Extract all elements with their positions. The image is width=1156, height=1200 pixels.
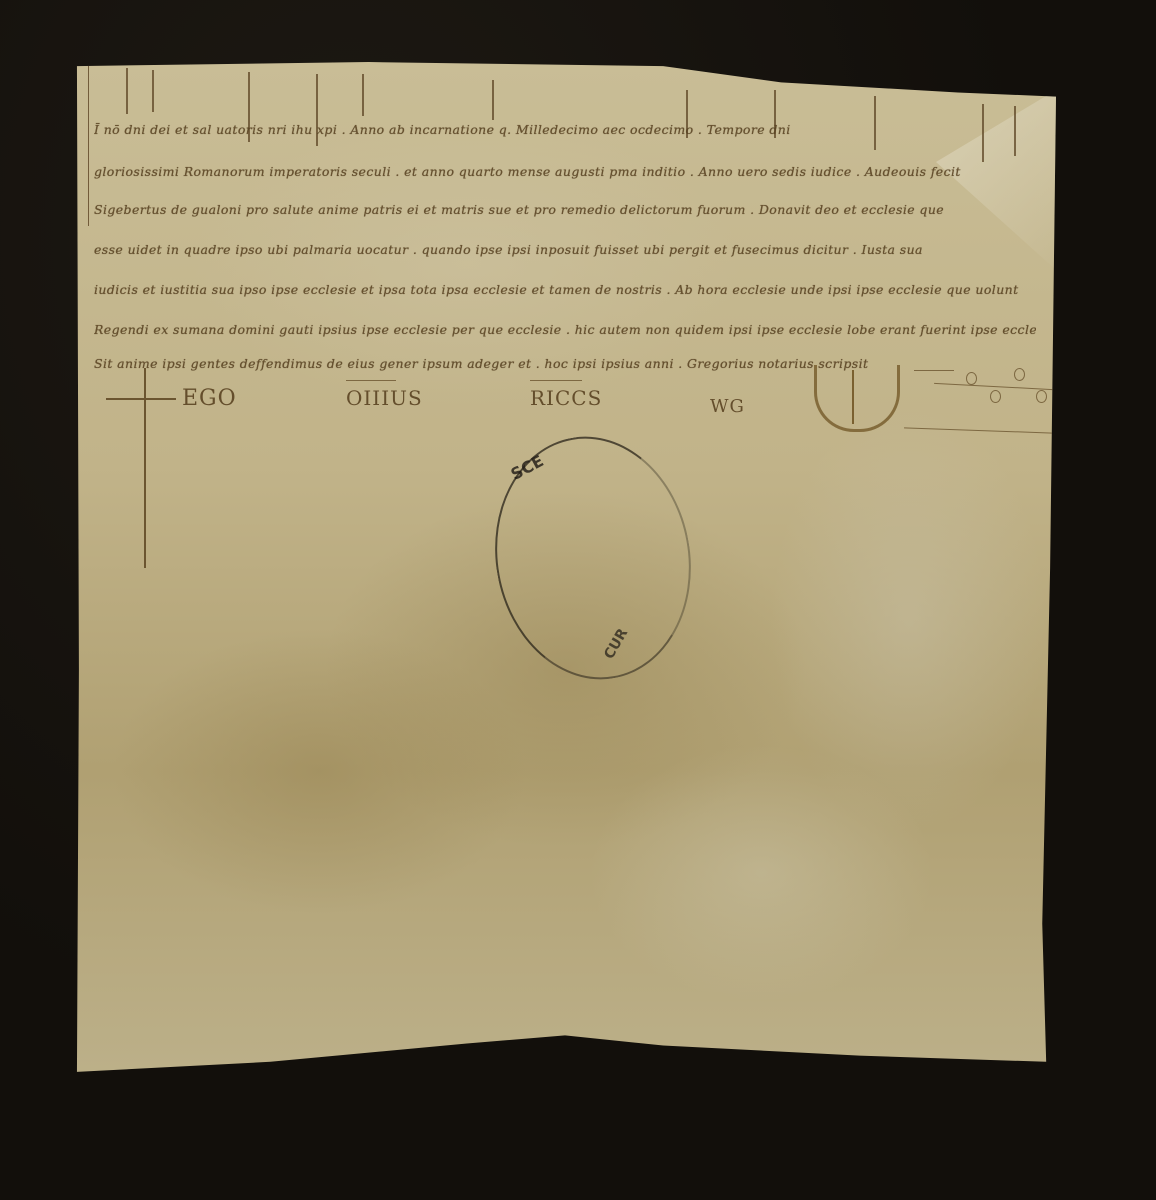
notary-monogram-icon <box>814 365 900 432</box>
ascender-stroke <box>126 68 128 114</box>
signature-2: OIIIUS <box>346 386 423 410</box>
signature-4: WG <box>710 396 745 417</box>
text-line-3: Sigebertus de gualoni pro salute anime p… <box>94 202 1036 217</box>
flourish-dot <box>1014 368 1025 381</box>
text-line-2: gloriosissimi Romanorum imperatoris secu… <box>94 164 1036 179</box>
text-line-1: Ī nō dni dei et sal uatoris nri ihu xpi … <box>94 122 1036 137</box>
text-line-4: esse uidet in quadre ipso ubi palmaria u… <box>94 242 1036 257</box>
abbreviation-bar <box>530 380 582 381</box>
text-line-6: Regendi ex sumana domini gauti ipsius ip… <box>94 322 1036 337</box>
monogram-stem <box>852 370 854 424</box>
signature-ego: EGO <box>182 386 237 411</box>
flourish-line <box>914 370 954 371</box>
flourish-dot <box>990 390 1001 403</box>
flourish-line <box>904 427 1054 434</box>
text-line-5: iudicis et iustitia sua ipso ipse eccles… <box>94 282 1036 297</box>
signature-3: RICCS <box>530 386 602 410</box>
flourish-dot <box>966 372 977 385</box>
ascender-stroke <box>492 80 494 120</box>
flourish-dot <box>1036 390 1047 403</box>
abbreviation-bar <box>346 380 396 381</box>
signum-cross-bar <box>106 398 176 400</box>
ascender-stroke <box>152 70 154 112</box>
ascender-stroke <box>362 74 364 116</box>
